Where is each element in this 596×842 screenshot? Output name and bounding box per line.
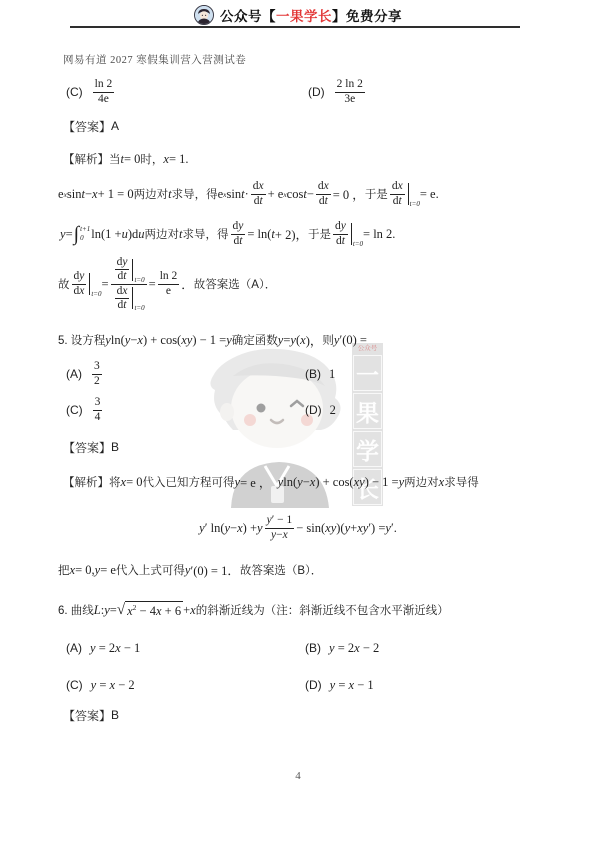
avatar-boy-icon — [194, 5, 214, 25]
option-value: y = x − 1 — [330, 676, 374, 694]
option-value: 2 ln 23e — [333, 78, 367, 105]
header-title-post: 】免费分享 — [332, 9, 402, 24]
q4-analysis-line2: y = ∫t+10 ln(1 + u)du 两边对 t 求导，得 dydt = … — [60, 215, 395, 253]
banner-char: 学 — [353, 431, 382, 467]
banner-char: 一 — [353, 355, 382, 391]
option-label: (C) — [66, 85, 83, 99]
page-number: 4 — [0, 770, 596, 782]
q5-stem: 5. 设方程 y ln(y − x) + cos(xy) − 1 = y 确定函… — [58, 330, 367, 350]
option-label: (C) — [66, 403, 83, 417]
option-value: y = x − 2 — [91, 676, 135, 694]
q4-option-d: (D) 2 ln 23e — [308, 75, 367, 109]
answer-label: 【答案】 — [63, 118, 111, 135]
q5-option-d: (D) 2 — [305, 393, 336, 427]
option-value: 2 — [330, 401, 336, 419]
option-label: (C) — [66, 678, 83, 692]
header-title-highlight: 一果学长 — [276, 9, 332, 24]
q6-answer-line: 【答案】B — [63, 707, 119, 723]
q6-stem: 6. 曲线 L : y = √x2 − 4x + 6 + x 的斜渐近线为（注：… — [58, 597, 449, 623]
banner-char: 果 — [353, 393, 382, 429]
answer-value: B — [111, 708, 119, 722]
header-title-pre: 公众号【 — [220, 9, 276, 24]
doc-title: 网易有道 2027 寒假集训营入营测试卷 — [63, 52, 246, 67]
q4-analysis-line3: 故 dydxt=0 = dydtt=0dxdtt=0 = ln 2e． 故答案选… — [58, 253, 276, 315]
option-value: 1 — [329, 365, 335, 383]
q6-option-b: (B) y = 2x − 2 — [305, 638, 379, 658]
option-value: ln 24e — [91, 78, 117, 105]
option-label: (B) — [305, 367, 321, 381]
q5-analysis-formula: y′ ln(y − x) + yy′ − 1y − x − sin(xy)(y … — [0, 508, 596, 548]
answer-value: A — [111, 119, 119, 133]
q5-option-a: (A) 32 — [66, 357, 104, 391]
q4-option-c: (C) ln 24e — [66, 75, 116, 109]
q5-option-c: (C) 34 — [66, 393, 104, 427]
option-value: 32 — [90, 360, 104, 387]
q6-option-d: (D) y = x − 1 — [305, 675, 374, 695]
q4-analysis-intro: 【解析】当 t = 0 时， x = 1. — [63, 150, 189, 168]
option-label: (A) — [66, 641, 82, 655]
answer-label: 【答案】 — [63, 707, 111, 724]
q5-option-b: (B) 1 — [305, 357, 335, 391]
answer-value: B — [111, 440, 119, 454]
q4-analysis-line1: ex sin t − x + 1 = 0 两边对 t 求导，得 ex sin t… — [58, 175, 439, 213]
option-label: (A) — [66, 367, 82, 381]
q5-analysis-line3: 把 x = 0, y = e 代入上式可得 y′(0) = 1． 故答案选（B）… — [58, 560, 322, 580]
option-label: (D) — [305, 403, 322, 417]
q6-option-c: (C) y = x − 2 — [66, 675, 135, 695]
option-value: y = 2x − 1 — [90, 639, 140, 657]
option-label: (B) — [305, 641, 321, 655]
page-header: 公众号【一果学长】免费分享 — [0, 4, 596, 26]
document-page: 公众号【一果学长】免费分享 公众号 一 果 学 长 网易有道 2027 寒假集训… — [0, 0, 596, 842]
option-value: 34 — [91, 396, 105, 423]
q5-analysis-line1: 【解析】将 x = 0 代入已知方程可得 y = e ， y ln(y − x)… — [63, 470, 479, 494]
answer-label: 【答案】 — [63, 439, 111, 456]
header-divider — [70, 26, 520, 28]
page-header-title: 公众号【一果学长】免费分享 — [220, 5, 402, 25]
q4-answer-line: 【答案】A — [63, 118, 119, 134]
option-label: (D) — [305, 678, 322, 692]
option-value: y = 2x − 2 — [329, 639, 379, 657]
q5-answer-line: 【答案】B — [63, 439, 119, 455]
q6-option-a: (A) y = 2x − 1 — [66, 638, 140, 658]
option-label: (D) — [308, 85, 325, 99]
